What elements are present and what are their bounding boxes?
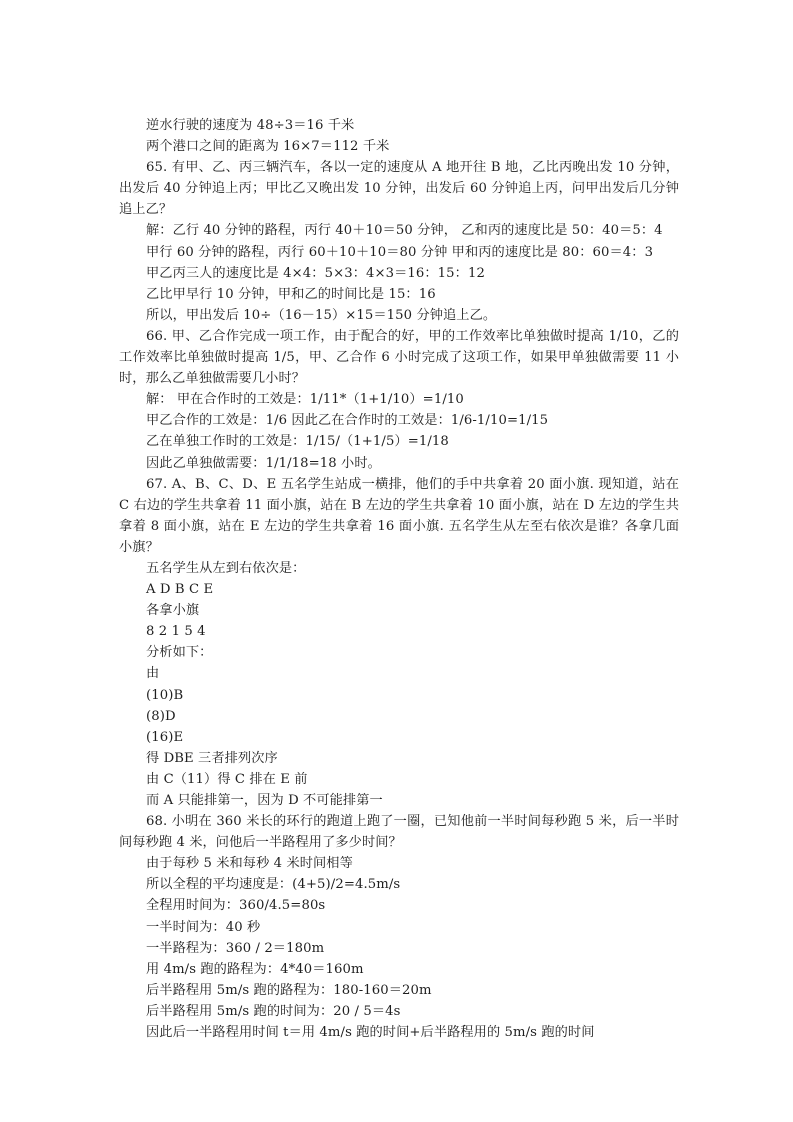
solution-line: 五名学生从左到右依次是： — [119, 558, 679, 579]
solution-line: 全程用时间为：360/4.5=80s — [119, 895, 679, 916]
solution-line: 由 — [119, 663, 679, 684]
solution-line: 甲乙合作的工效是：1/6 因此乙在合作时的工效是：1/6-1/10=1/15 — [119, 410, 679, 431]
solution-line: 所以，甲出发后 10÷（16－15）×15＝150 分钟追上乙。 — [119, 305, 679, 326]
solution-line: 由于每秒 5 米和每秒 4 米时间相等 — [119, 853, 679, 874]
text-line: 逆水行驶的速度为 48÷3＝16 千米 — [119, 115, 679, 136]
solution-line: 解： 甲在合作时的工效是：1/11*（1+1/10）=1/10 — [119, 389, 679, 410]
question-68: 68. 小明在 360 米长的环行的跑道上跑了一圈，已知他前一半时间每秒跑 5 … — [119, 811, 679, 853]
solution-line: (8)D — [119, 706, 679, 727]
solution-line: 分析如下： — [119, 642, 679, 663]
solution-line: 乙比甲早行 10 分钟，甲和乙的时间比是 15：16 — [119, 284, 679, 305]
solution-line: 一半路程为：360 / 2＝180m — [119, 938, 679, 959]
solution-line: 甲乙丙三人的速度比是 4×4：5×3：4×3＝16：15：12 — [119, 263, 679, 284]
solution-line: 一半时间为：40 秒 — [119, 917, 679, 938]
question-67: 67. A、B、C、D、E 五名学生站成一横排，他们的手中共拿着 20 面小旗.… — [119, 474, 679, 558]
solution-line: 甲行 60 分钟的路程，丙行 60＋10＋10＝80 分钟 甲和丙的速度比是 8… — [119, 242, 679, 263]
document-page: 逆水行驶的速度为 48÷3＝16 千米 两个港口之间的距离为 16×7＝112 … — [119, 115, 679, 1043]
solution-line: 各拿小旗 — [119, 600, 679, 621]
solution-line: 而 A 只能排第一，因为 D 不可能排第一 — [119, 790, 679, 811]
solution-line: 得 DBE 三者排列次序 — [119, 748, 679, 769]
solution-line: 后半路程用 5m/s 跑的时间为：20 / 5＝4s — [119, 1001, 679, 1022]
solution-line: 乙在单独工作时的工效是：1/15/（1+1/5）=1/18 — [119, 431, 679, 452]
solution-line: 因此乙单独做需要：1/1/18=18 小时。 — [119, 453, 679, 474]
solution-line: (10)B — [119, 685, 679, 706]
solution-line: 所以全程的平均速度是：(4+5)/2=4.5m/s — [119, 874, 679, 895]
solution-line: 用 4m/s 跑的路程为：4*40＝160m — [119, 959, 679, 980]
question-66: 66. 甲、乙合作完成一项工作，由于配合的好，甲的工作效率比单独做时提高 1/1… — [119, 326, 679, 389]
solution-line: A D B C E — [119, 579, 679, 600]
text-line: 两个港口之间的距离为 16×7＝112 千米 — [119, 136, 679, 157]
question-65: 65. 有甲、乙、丙三辆汽车，各以一定的速度从 A 地开往 B 地，乙比丙晚出发… — [119, 157, 679, 220]
solution-line: 由 C（11）得 C 排在 E 前 — [119, 769, 679, 790]
solution-line: 解：乙行 40 分钟的路程，丙行 40＋10＝50 分钟， 乙和丙的速度比是 5… — [119, 220, 679, 241]
solution-line: 8 2 1 5 4 — [119, 621, 679, 642]
solution-line: 因此后一半路程用时间 t＝用 4m/s 跑的时间+后半路程用的 5m/s 跑的时… — [119, 1022, 679, 1043]
solution-line: 后半路程用 5m/s 跑的路程为：180-160＝20m — [119, 980, 679, 1001]
solution-line: (16)E — [119, 727, 679, 748]
